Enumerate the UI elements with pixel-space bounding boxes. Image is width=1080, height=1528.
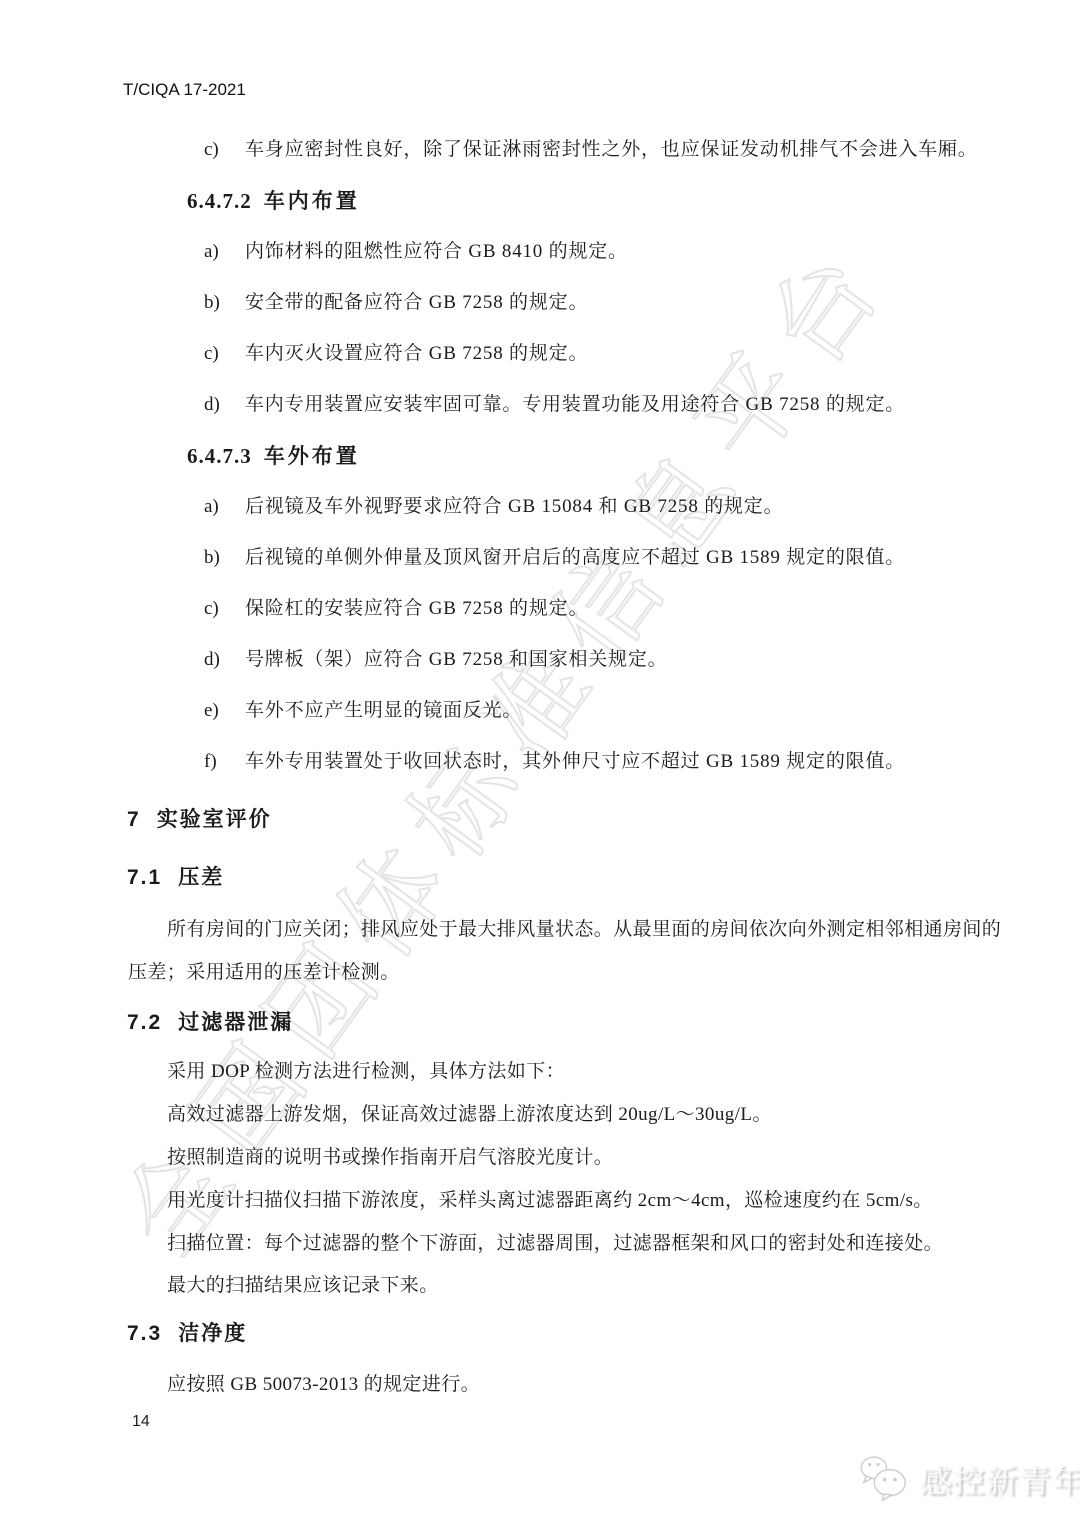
list-item-label: b): [204, 292, 245, 314]
heading-7: 7实验室评价: [127, 803, 272, 833]
list-item: c)车身应密封性良好，除了保证淋雨密封性之外，也应保证发动机排气不会进入车厢。: [204, 134, 978, 161]
heading-number: 7: [127, 808, 141, 831]
heading-number: 7.3: [127, 1322, 162, 1345]
heading-title: 实验室评价: [157, 808, 272, 831]
list-item-text: 安全带的配备应符合 GB 7258 的规定。: [245, 292, 588, 313]
list-item: a)内饰材料的阻燃性应符合 GB 8410 的规定。: [204, 236, 628, 263]
list-item: b)后视镜的单侧外伸量及顶风窗开启后的高度应不超过 GB 1589 规定的限值。: [204, 542, 905, 569]
heading-number: 6.4.7.3: [187, 444, 252, 468]
list-item-label: d): [204, 394, 245, 416]
wechat-icon: [858, 1453, 914, 1505]
list-item-text: 车内专用装置应安装牢固可靠。专用装置功能及用途符合 GB 7258 的规定。: [245, 394, 905, 415]
heading-7-3: 7.3洁净度: [127, 1317, 247, 1347]
list-item-label: a): [204, 241, 245, 263]
heading-number: 7.2: [127, 1011, 162, 1034]
list-item: f)车外专用装置处于收回状态时，其外伸尺寸应不超过 GB 1589 规定的限值。: [204, 746, 905, 773]
heading-number: 7.1: [127, 866, 162, 889]
list-item-text: 后视镜的单侧外伸量及顶风窗开启后的高度应不超过 GB 1589 规定的限值。: [245, 547, 905, 568]
list-item: d)号牌板（架）应符合 GB 7258 和国家相关规定。: [204, 644, 667, 671]
paragraph-line: 压差；采用适用的压差计检测。: [128, 957, 400, 984]
paragraph-line: 扫描位置：每个过滤器的整个下游面，过滤器周围，过滤器框架和风口的密封处和连接处。: [167, 1228, 943, 1255]
heading-title: 车外布置: [264, 445, 360, 468]
list-item-label: c): [204, 139, 245, 161]
heading-7-1: 7.1压差: [127, 861, 224, 891]
list-item: e)车外不应产生明显的镜面反光。: [204, 695, 522, 722]
paragraph-line: 高效过滤器上游发烟，保证高效过滤器上游浓度达到 20ug/L～30ug/L。: [167, 1099, 772, 1126]
paragraph-line: 采用 DOP 检测方法进行检测，具体方法如下：: [167, 1056, 565, 1083]
wechat-account-name: 感控新青年: [920, 1456, 1080, 1502]
page-content: T/CIQA 17-2021 c)车身应密封性良好，除了保证淋雨密封性之外，也应…: [0, 0, 1080, 1528]
wechat-account-watermark: 感控新青年: [858, 1450, 1058, 1508]
list-item-label: d): [204, 649, 245, 671]
standard-number-header: T/CIQA 17-2021: [123, 80, 246, 100]
paragraph-line: 应按照 GB 50073-2013 的规定进行。: [167, 1369, 480, 1396]
list-item-label: f): [204, 751, 245, 773]
heading-title: 过滤器泄漏: [178, 1011, 293, 1034]
heading-title: 车内布置: [264, 190, 360, 213]
list-item-label: a): [204, 496, 245, 518]
heading-title: 压差: [178, 866, 224, 889]
list-item: c)保险杠的安装应符合 GB 7258 的规定。: [204, 593, 588, 620]
paragraph-line: 用光度计扫描仪扫描下游浓度，采样头离过滤器距离约 2cm～4cm，巡检速度约在 …: [167, 1185, 933, 1212]
page-number: 14: [132, 1413, 150, 1431]
list-item-text: 车内灭火设置应符合 GB 7258 的规定。: [245, 343, 588, 364]
heading-6-4-7-2: 6.4.7.2车内布置: [187, 185, 360, 215]
list-item-text: 车外专用装置处于收回状态时，其外伸尺寸应不超过 GB 1589 规定的限值。: [245, 751, 905, 772]
heading-number: 6.4.7.2: [187, 189, 252, 213]
list-item-text: 后视镜及车外视野要求应符合 GB 15084 和 GB 7258 的规定。: [245, 496, 783, 517]
heading-7-2: 7.2过滤器泄漏: [127, 1006, 293, 1036]
list-item-label: e): [204, 700, 245, 722]
list-item: c)车内灭火设置应符合 GB 7258 的规定。: [204, 338, 588, 365]
list-item-text: 保险杠的安装应符合 GB 7258 的规定。: [245, 598, 588, 619]
list-item-text: 号牌板（架）应符合 GB 7258 和国家相关规定。: [245, 649, 667, 670]
list-item-text: 车身应密封性良好，除了保证淋雨密封性之外，也应保证发动机排气不会进入车厢。: [245, 139, 978, 160]
list-item-label: c): [204, 343, 245, 365]
list-item-text: 车外不应产生明显的镜面反光。: [245, 700, 522, 721]
paragraph-line: 所有房间的门应关闭；排风应处于最大排风量状态。从最里面的房间依次向外测定相邻相通…: [167, 914, 1001, 941]
paragraph-line: 按照制造商的说明书或操作指南开启气溶胶光度计。: [167, 1142, 613, 1169]
list-item-label: b): [204, 547, 245, 569]
heading-title: 洁净度: [178, 1322, 247, 1345]
list-item: d)车内专用装置应安装牢固可靠。专用装置功能及用途符合 GB 7258 的规定。: [204, 389, 905, 416]
list-item-label: c): [204, 598, 245, 620]
list-item-text: 内饰材料的阻燃性应符合 GB 8410 的规定。: [245, 241, 628, 262]
heading-6-4-7-3: 6.4.7.3车外布置: [187, 440, 360, 470]
list-item: b)安全带的配备应符合 GB 7258 的规定。: [204, 287, 588, 314]
list-item: a)后视镜及车外视野要求应符合 GB 15084 和 GB 7258 的规定。: [204, 491, 783, 518]
document-page: 全国团体标准信息平台 T/CIQA 17-2021 c)车身应密封性良好，除了保…: [0, 0, 1080, 1528]
paragraph-line: 最大的扫描结果应该记录下来。: [167, 1270, 439, 1297]
